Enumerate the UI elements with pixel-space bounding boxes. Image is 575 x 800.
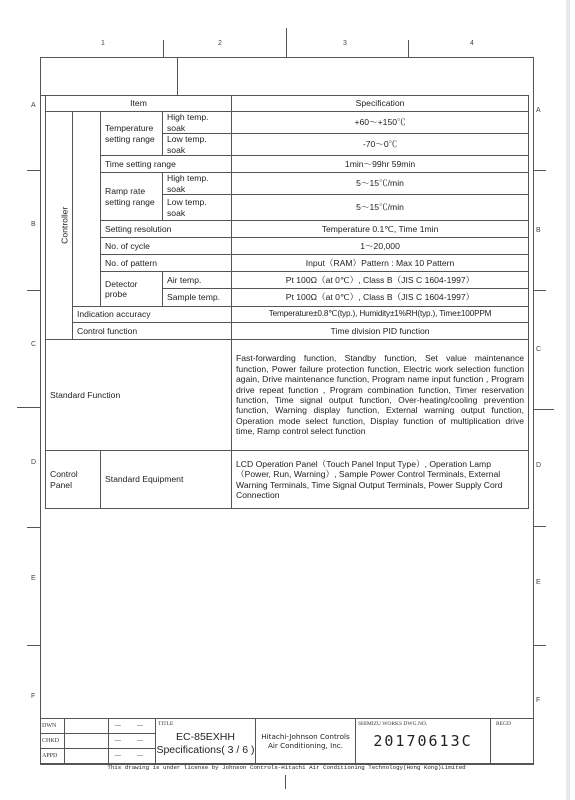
header-item: Item — [46, 96, 232, 112]
sub-low-temp-soak: Low temp. soak — [163, 134, 232, 156]
value-standard-equipment: LCD Operation Panel（Touch Panel Input Ty… — [232, 451, 529, 509]
label-no-of-pattern: No. of pattern — [101, 255, 232, 272]
value-control-function: Time division PID function — [232, 323, 529, 340]
role-name-appd — [65, 749, 109, 764]
value-indication-accuracy: Temperature±0.8℃(typ.), Humidity±1%RH(ty… — [232, 307, 529, 323]
table-row: Indication accuracy Temperature±0.8℃(typ… — [46, 307, 529, 323]
page-scrollbar[interactable] — [566, 0, 570, 800]
zone-tick — [534, 409, 554, 410]
dwg-no-label: SHIMIZU WORKS DWG.NO. — [356, 719, 490, 727]
table-row: Setting resolution Temperature 0.1℃, Tim… — [46, 221, 529, 238]
role-name-chkd — [65, 734, 109, 749]
zone-tick — [17, 407, 40, 408]
model-number: EC-85EXHH — [156, 731, 255, 743]
value-setting-resolution: Temperature 0.1℃, Time 1min — [232, 221, 529, 238]
value-air-temp: Pt 100Ω（at 0℃）, Class B（JIS C 1604-1997） — [232, 272, 529, 289]
role-date-chkd: － － — [109, 734, 156, 749]
sub-high-temp-soak: High temp. soak — [163, 112, 232, 134]
value-ramp-high: 5～15℃/min — [232, 173, 529, 195]
zone-tick — [27, 527, 40, 528]
dwg-number: 20170613C — [356, 732, 490, 750]
zone-label-4: 4 — [470, 40, 474, 47]
table-row: Standard Function Fast-forwarding functi… — [46, 340, 529, 451]
zone-label-A-right: A — [536, 107, 541, 114]
group-temperature-cycle-mode: Temperature Cycle Mode — [73, 112, 101, 307]
role-name-dwn — [65, 719, 109, 734]
sub-sample-temp: Sample temp. — [163, 289, 232, 307]
label-control-panel: Control Panel — [46, 451, 101, 509]
role-label-appd: APPD — [41, 749, 65, 764]
zone-label-C-right: C — [536, 346, 541, 353]
zone-label-1: 1 — [101, 40, 105, 47]
value-no-of-pattern: Input（RAM）Pattern : Max 10 Pattern — [232, 255, 529, 272]
zone-tick — [534, 170, 546, 171]
zone-label-F-right: F — [536, 697, 540, 704]
table-row: Ramp rate setting range High temp. soak … — [46, 173, 529, 195]
drawing-stamp-box — [40, 57, 178, 96]
regd-cell: REGD — [491, 719, 534, 764]
label-time-setting-range: Time setting range — [101, 156, 232, 173]
zone-label-E-left: E — [31, 575, 36, 582]
license-note: This drawing is under license by Johnson… — [40, 764, 533, 771]
zone-label-B-right: B — [536, 227, 541, 234]
value-no-of-cycle: 1～20,000 — [232, 238, 529, 255]
role-date-dwn: － － — [109, 719, 156, 734]
label-control-function: Control function — [73, 323, 232, 340]
table-row: Controller Temperature Cycle Mode Temper… — [46, 112, 529, 134]
label-ramp-rate-setting-range: Ramp rate setting range — [101, 173, 163, 221]
table-row: No. of cycle 1～20,000 — [46, 238, 529, 255]
value-standard-function: Fast-forwarding function, Standby functi… — [232, 340, 529, 451]
regd-label: REGD — [491, 719, 533, 727]
zone-tick — [285, 775, 286, 789]
title-label: TITLE — [156, 719, 255, 727]
specification-table: Item Specification Controller Temperatur… — [45, 95, 529, 509]
label-setting-resolution: Setting resolution — [101, 221, 232, 238]
label-no-of-cycle: No. of cycle — [101, 238, 232, 255]
zone-tick — [534, 526, 546, 527]
sub-air-temp: Air temp. — [163, 272, 232, 289]
zone-label-F-left: F — [31, 693, 35, 700]
company-name: Hitachi-Johnson Controls Air Conditionin… — [256, 719, 356, 764]
zone-tick — [163, 40, 164, 57]
value-temp-low: -70～0℃ — [232, 134, 529, 156]
label-temperature-setting-range: Temperature setting range — [101, 112, 163, 156]
label-standard-equipment: Standard Equipment — [101, 451, 232, 509]
value-ramp-low: 5～15℃/min — [232, 195, 529, 221]
table-header-row: Item Specification — [46, 96, 529, 112]
role-label-chkd: CHKD — [41, 734, 65, 749]
table-row: Time setting range 1min～99hr 59min — [46, 156, 529, 173]
zone-tick — [534, 645, 546, 646]
header-specification: Specification — [232, 96, 529, 112]
zone-tick — [408, 40, 409, 57]
value-sample-temp: Pt 100Ω（at 0℃）, Class B（JIS C 1604-1997） — [232, 289, 529, 307]
table-row: Control function Time division PID funct… — [46, 323, 529, 340]
title-cell: TITLE EC-85EXHH Specifications( 3 / 6 ) — [156, 719, 256, 764]
title-block: DWN － － TITLE EC-85EXHH Specifications( … — [40, 718, 534, 764]
group-controller: Controller — [46, 112, 73, 340]
sub-ramp-high-temp-soak: High temp. soak — [163, 173, 232, 195]
zone-label-3: 3 — [343, 40, 347, 47]
zone-label-D-right: D — [536, 462, 541, 469]
dwg-cell: SHIMIZU WORKS DWG.NO. 20170613C — [356, 719, 491, 764]
zone-label-A-left: A — [31, 102, 36, 109]
zone-tick — [534, 290, 546, 291]
label-detector-probe: Detector probe — [101, 272, 163, 307]
zone-label-2: 2 — [218, 40, 222, 47]
zone-label-E-right: E — [536, 579, 541, 586]
table-row: No. of pattern Input（RAM）Pattern : Max 1… — [46, 255, 529, 272]
label-indication-accuracy: Indication accuracy — [73, 307, 232, 323]
zone-label-C-left: C — [31, 341, 36, 348]
zone-tick — [27, 170, 40, 171]
zone-tick — [27, 290, 40, 291]
zone-label-B-left: B — [31, 221, 36, 228]
role-label-dwn: DWN — [41, 719, 65, 734]
title-block-row: DWN － － TITLE EC-85EXHH Specifications( … — [41, 719, 534, 734]
zone-tick — [27, 645, 40, 646]
zone-label-D-left: D — [31, 459, 36, 466]
zone-tick — [286, 28, 287, 57]
label-standard-function: Standard Function — [46, 340, 232, 451]
table-row: Detector probe Air temp. Pt 100Ω（at 0℃）,… — [46, 272, 529, 289]
document-title: Specifications( 3 / 6 ) — [156, 744, 255, 756]
table-row: Control Panel Standard Equipment LCD Ope… — [46, 451, 529, 509]
role-date-appd: － － — [109, 749, 156, 764]
sub-ramp-low-temp-soak: Low temp. soak — [163, 195, 232, 221]
value-time-setting-range: 1min～99hr 59min — [232, 156, 529, 173]
value-temp-high: +60～+150℃ — [232, 112, 529, 134]
